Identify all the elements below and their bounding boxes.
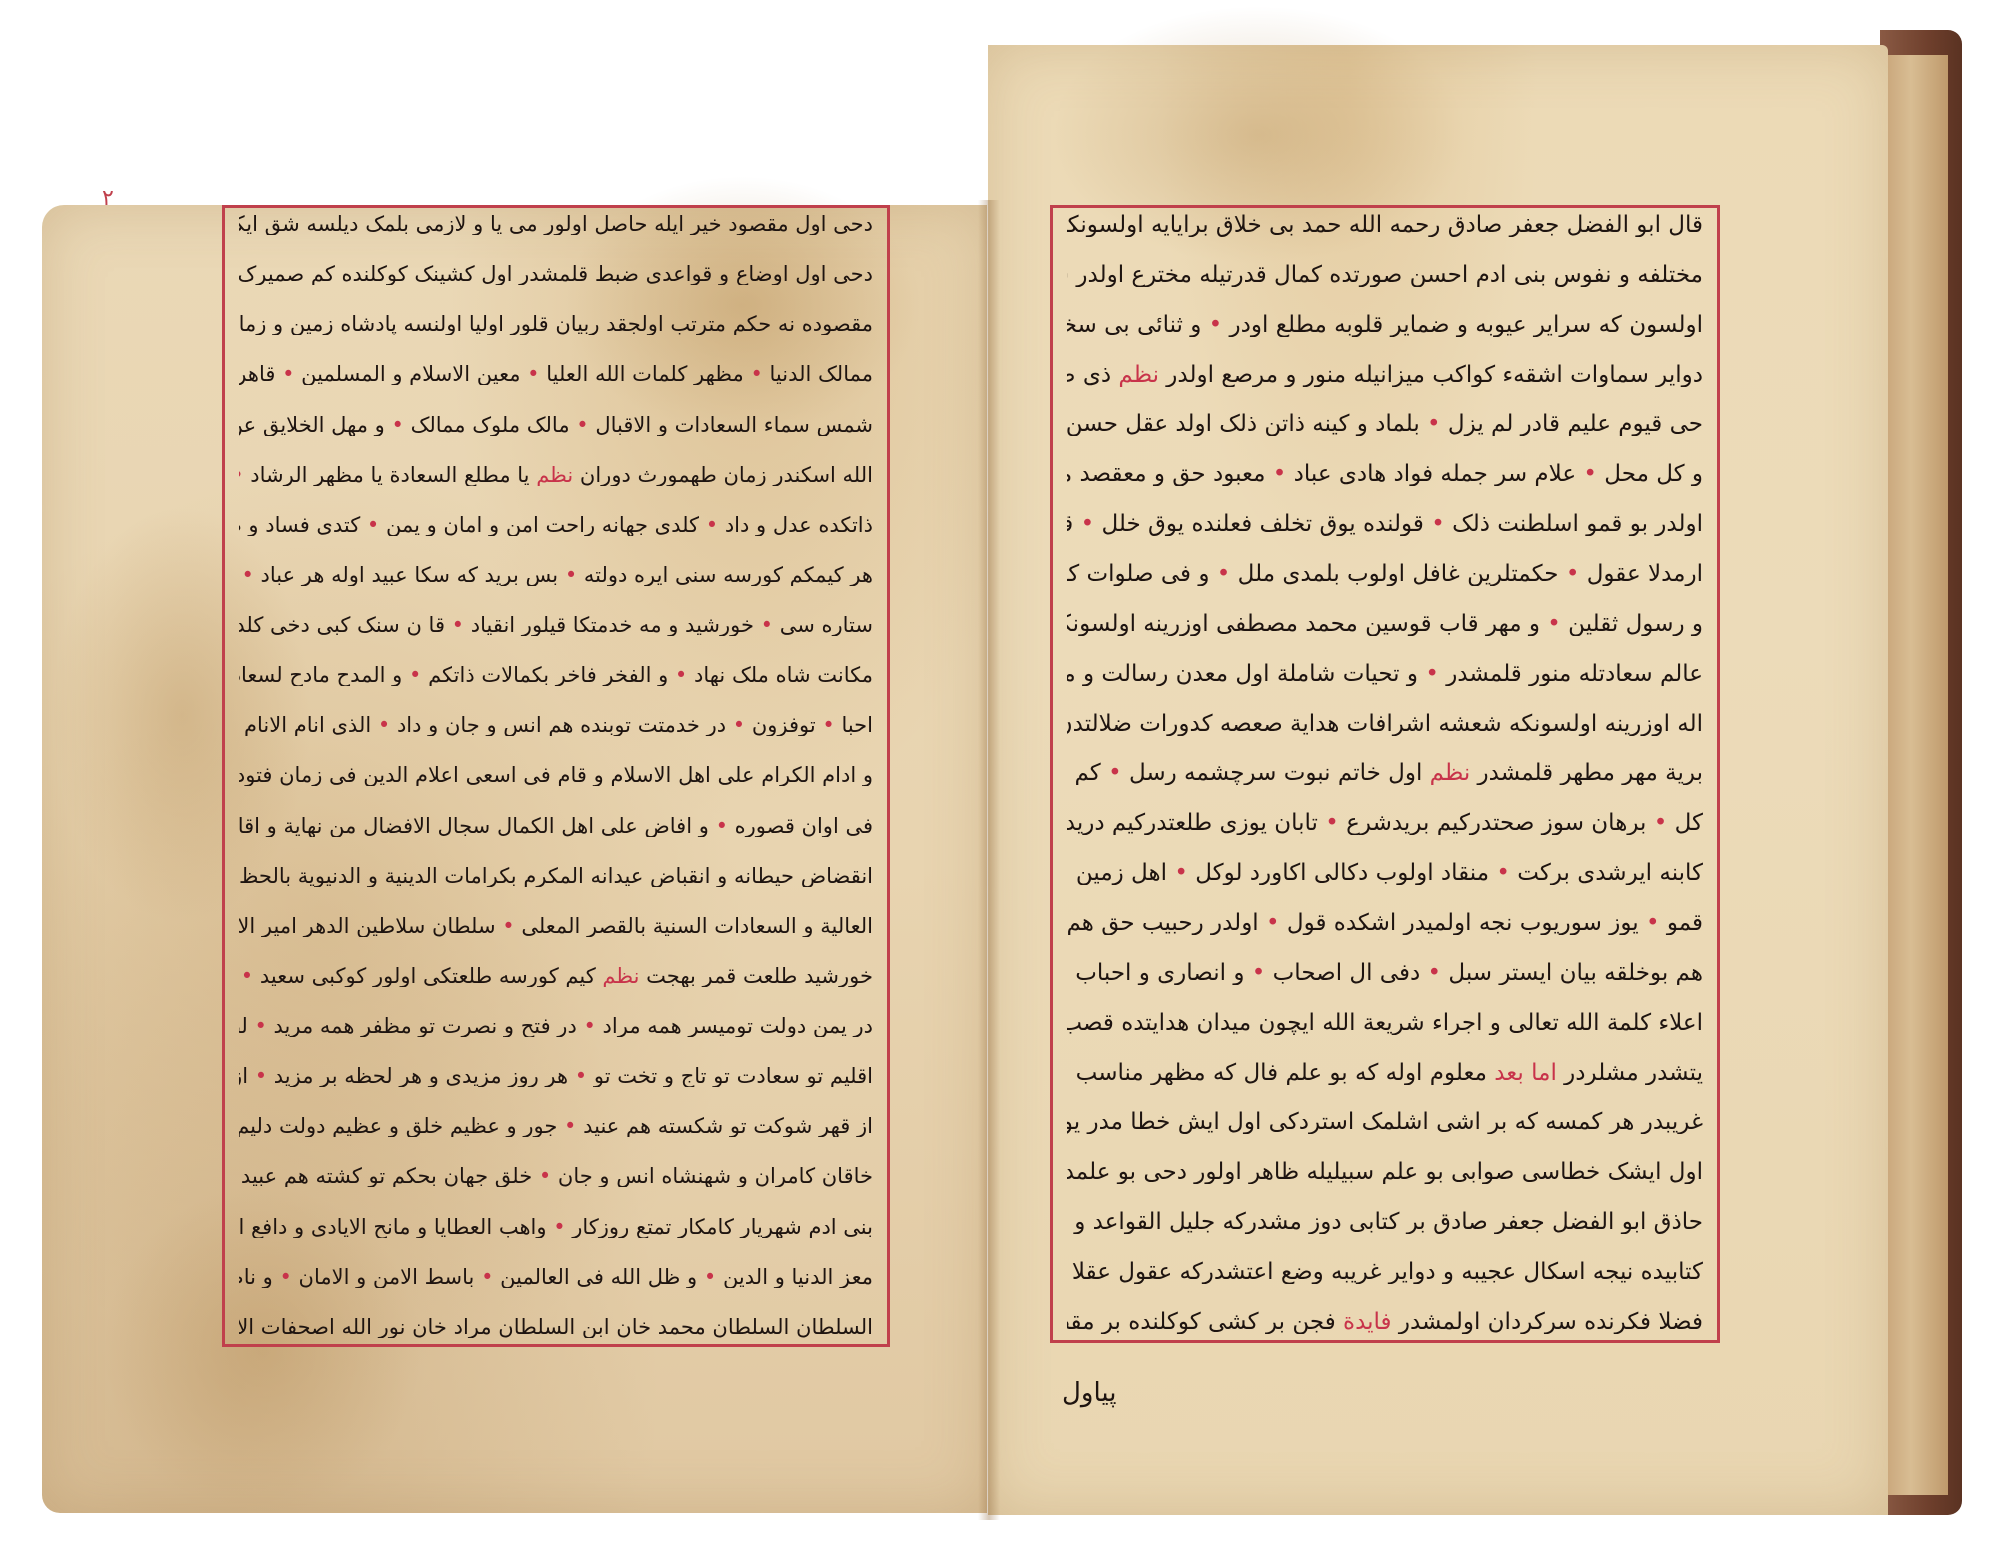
verse-marker-dot: • <box>1209 314 1223 337</box>
text-line: در یمن دولت تومیسر همه مراد • در فتح و ن… <box>239 1016 873 1037</box>
text-line: انقضاض حیطانه و انقباض عیدانه المکرم بکر… <box>239 866 873 887</box>
verse-marker-dot: • <box>502 916 514 937</box>
rubric-word: نظم <box>536 465 573 486</box>
page-block-edge <box>1886 55 1948 1495</box>
verse-marker-dot: • <box>704 1267 716 1288</box>
verse-marker-dot: • <box>1325 812 1339 835</box>
verse-marker-dot: • <box>1174 862 1188 885</box>
verse-marker-dot: • <box>239 465 244 486</box>
text-line: مقصوده نه حکم مترتب اولجقد ربیان قلور او… <box>239 314 873 335</box>
text-line: مختلفه و نفوس بنی آدم احسن صورتده کمال ق… <box>1067 264 1703 287</box>
verse-marker-dot: • <box>1266 912 1280 935</box>
text-line: فی اوان قصوره • و افاض علی اهل الکمال سج… <box>239 816 873 837</box>
verse-marker-dot: • <box>452 615 464 636</box>
verse-marker-dot: • <box>1108 762 1122 785</box>
verse-marker-dot: • <box>527 364 539 385</box>
verse-marker-dot: • <box>392 415 404 436</box>
verse-marker-dot: • <box>716 816 728 837</box>
verse-marker-dot: • <box>1428 962 1442 985</box>
rubric-word: فایدة <box>1343 1311 1392 1334</box>
text-line: العالیة و السعادات السنیة بالقصر المعلی … <box>239 916 873 937</box>
text-line: و کل محل • علام سر جمله فواد هادی عباد •… <box>1067 463 1703 486</box>
verse-marker-dot: • <box>1654 812 1668 835</box>
verse-marker-dot: • <box>378 715 390 736</box>
text-line: یتشدر مشلردر اما بعد معلوم اوله که بو عل… <box>1067 1062 1703 1085</box>
verse-marker-dot: • <box>575 1066 587 1087</box>
left-text-block: دحی اول مقصود خیر ایله حاصل اولور می یا … <box>222 205 890 1347</box>
text-line: ممالک الدنیا • مظهر کلمات الله العلیا • … <box>239 364 873 385</box>
verse-marker-dot: • <box>1217 563 1231 586</box>
verse-marker-dot: • <box>1547 613 1561 636</box>
verse-marker-dot: • <box>761 615 773 636</box>
text-line: شمس سماء السعادات و الاقبال • مالک ملوک … <box>239 415 873 436</box>
rubric-word: نظم <box>1118 364 1159 387</box>
verse-marker-dot: • <box>409 665 421 686</box>
text-line: السلطان السلطان محمد خان ابن السلطان مرا… <box>239 1317 873 1338</box>
verse-marker-dot: • <box>675 665 687 686</box>
text-line: بریة مهر مطهر قلمشدر نظم اول خاتم نبوت س… <box>1067 762 1703 785</box>
verse-marker-dot: • <box>1646 912 1660 935</box>
verse-marker-dot: • <box>241 565 253 586</box>
text-line: خاقان کامران و شهنشاه انس و جان • خلق جه… <box>239 1166 873 1187</box>
text-line: کل • برهان سوز صحتدرکیم بریدشرع • تابان … <box>1067 812 1703 835</box>
text-line: خورشید طلعت قمر بهجت نظم کیم کورسه طلعتک… <box>239 966 873 987</box>
text-line: بنی آدم شهریار کامکار تمتع روزکار • واهب… <box>239 1217 873 1238</box>
text-line: اول ایشک خطاسی صوابی بو علم سبیلیله ظاهر… <box>1067 1161 1703 1184</box>
verse-marker-dot: • <box>565 565 577 586</box>
book-gutter <box>978 200 1000 1520</box>
text-line: اعلاء کلمة الله تعالی و اجراء شریعة الله… <box>1067 1012 1703 1035</box>
text-line: ارمدلا عقول • حکمتلرین غافل اولوب بلمدی … <box>1067 563 1703 586</box>
verse-marker-dot: • <box>539 1166 551 1187</box>
catchword: پیاول <box>1062 1378 1116 1408</box>
verse-marker-dot: • <box>1431 513 1445 536</box>
text-line: مکانت شاه ملک نهاد • و الفخر فاخر بکمالا… <box>239 665 873 686</box>
text-line: ستاره سی • خورشید و مه خدمتکا قیلور انقی… <box>239 615 873 636</box>
text-line: کابنه ایرشدی برکت • منقاد اولوب دکالی اک… <box>1067 862 1703 885</box>
rubric-word: اما بعد <box>1494 1062 1557 1085</box>
verse-marker-dot: • <box>733 715 745 736</box>
verse-marker-dot: • <box>481 1267 493 1288</box>
verse-marker-dot: • <box>279 1267 291 1288</box>
text-line: اولسون که سرایر عیوبه و ضمایر قلوبه مطلع… <box>1067 314 1703 337</box>
verse-marker-dot: • <box>564 1116 576 1137</box>
verse-marker-dot: • <box>282 364 294 385</box>
text-line: اقلیم تو سعادت تو تاج و تخت تو • هر روز … <box>239 1066 873 1087</box>
text-line: قال ابو الفضل جعفر صادق رحمه الله حمد بی… <box>1067 214 1703 237</box>
verse-marker-dot: • <box>1081 513 1095 536</box>
text-line: فضلا فکرنده سرکردان اولمشدر فایدة فجن بر… <box>1067 1311 1703 1334</box>
text-line: هم بوخلقه بیان ایستر سبل • دفی ال اصحاب … <box>1067 962 1703 985</box>
text-line: کتابیده نیجه اسکال عجیبه و دوایر غریبه و… <box>1067 1261 1703 1284</box>
verse-marker-dot: • <box>255 1066 267 1087</box>
text-line: از قهر شوکت تو شکسته هم عنید • جور و عظی… <box>239 1116 873 1137</box>
rubric-word: نظم <box>602 966 639 987</box>
verse-marker-dot: • <box>254 1016 266 1037</box>
verse-marker-dot: • <box>1427 413 1441 436</box>
verse-marker-dot: • <box>583 1016 595 1037</box>
folio-number: ٢ <box>102 186 114 211</box>
text-line: حاذق ابو الفضل جعفر صادق بر کتابی دوز مش… <box>1067 1211 1703 1234</box>
text-line: غریبدر هر کمسه که بر اشی اشلمک استردکی ا… <box>1067 1111 1703 1134</box>
verse-marker-dot: • <box>241 966 253 987</box>
verse-marker-dot: • <box>822 715 834 736</box>
text-line: هر کیمکم کورسه سنی ایره دولته • بس برید … <box>239 565 873 586</box>
text-line: دوایر سماوات اشقهء کواکب میزانیله منور و… <box>1067 364 1703 387</box>
text-line: و رسول ثقلین • و مهر قاب قوسین محمد مصطف… <box>1067 613 1703 636</box>
verse-marker-dot: • <box>750 364 762 385</box>
right-text-block: قال ابو الفضل جعفر صادق رحمه الله حمد بی… <box>1050 205 1720 1343</box>
verse-marker-dot: • <box>1273 463 1287 486</box>
text-line: اله اوزرینه اولسونکه شعشه اشرافات هدایة … <box>1067 713 1703 736</box>
text-line: عالم سعادتله منور قلمشدر • و تحیات شاملة… <box>1067 663 1703 686</box>
text-line: احبا • توفزون • در خدمتت توبنده هم انس و… <box>239 715 873 736</box>
verse-marker-dot: • <box>706 515 718 536</box>
verse-marker-dot: • <box>367 515 379 536</box>
verse-marker-dot: • <box>1252 962 1266 985</box>
text-line: دحی اول مقصود خیر ایله حاصل اولور می یا … <box>239 214 873 235</box>
verse-marker-dot: • <box>553 1217 565 1238</box>
text-line: و ادام الکرام علی اهل الاسلام و قام فی ا… <box>239 765 873 786</box>
verse-marker-dot: • <box>1496 862 1510 885</box>
rubric-word: نظم <box>1430 762 1471 785</box>
verse-marker-dot: • <box>1566 563 1580 586</box>
text-line: الله اسکندر زمان طهمورث دوران نظم یا مطل… <box>239 465 873 486</box>
text-line: قمو • یوز سوریوب نجه اولمیدر اشکده قول •… <box>1067 912 1703 935</box>
verse-marker-dot: • <box>576 415 588 436</box>
text-line: دحی اول اوضاع و قواعدی ضبط قلمشدر اول کش… <box>239 264 873 285</box>
text-line: حی قیوم علیم قادر لم یزل • بلماد و کینه … <box>1067 413 1703 436</box>
verse-marker-dot: • <box>1583 463 1597 486</box>
text-line: معز الدنیا و الدین • و ظل الله فی العالم… <box>239 1267 873 1288</box>
text-line: اولدر بو قمو اسلطنت ذلک • قولنده یوق تخل… <box>1067 513 1703 536</box>
text-line: ذاتکده عدل و داد • کلدی جهانه راحت امن و… <box>239 515 873 536</box>
verse-marker-dot: • <box>1425 663 1439 686</box>
